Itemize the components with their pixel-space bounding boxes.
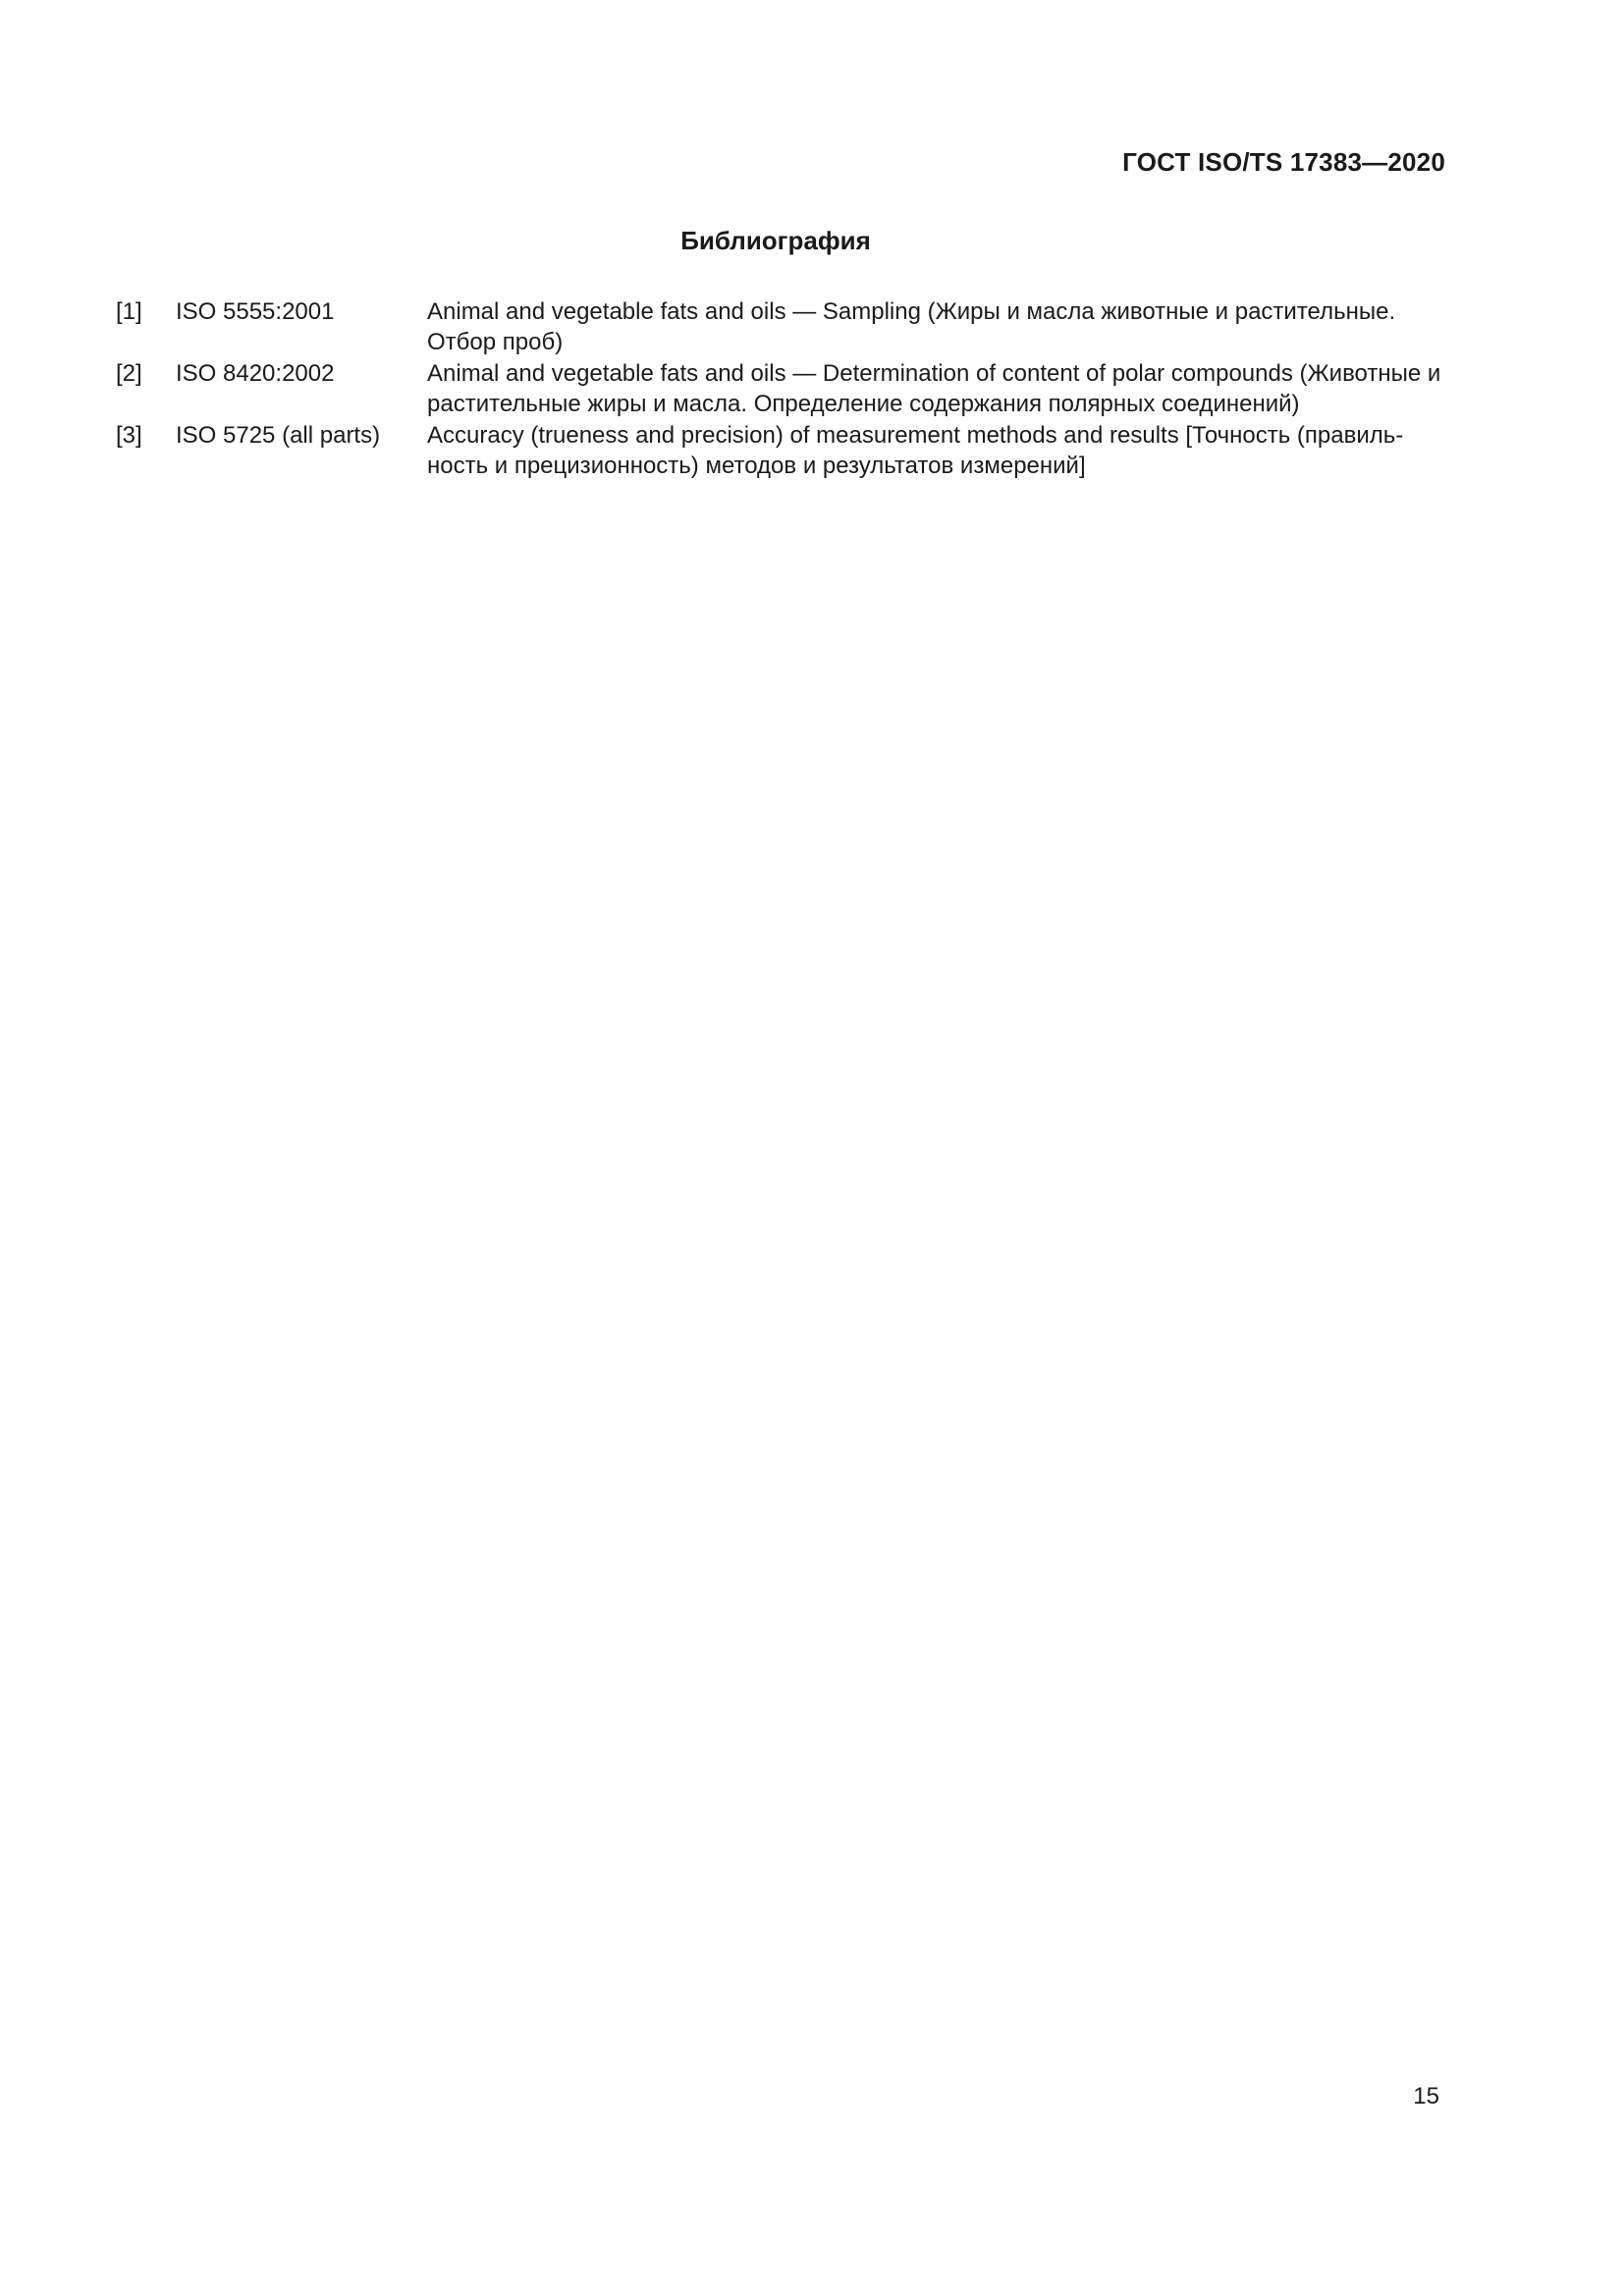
document-code: ГОСТ ISO/TS 17383—2020 [1122, 147, 1445, 178]
bibliography-entry: [3] ISO 5725 (all parts) Accuracy (truen… [116, 421, 1445, 481]
entry-number: [3] [116, 421, 176, 481]
entry-description: Animal and vegetable fats and oils — Det… [427, 359, 1445, 419]
entry-reference: ISO 5555:2001 [176, 297, 427, 357]
entry-number: [1] [116, 297, 176, 357]
entry-description: Animal and vegetable fats and oils — Sam… [427, 297, 1445, 357]
bibliography-entry: [1] ISO 5555:2001 Animal and vegetable f… [116, 297, 1445, 357]
page-number: 15 [1413, 2083, 1439, 2110]
bibliography-list: [1] ISO 5555:2001 Animal and vegetable f… [116, 297, 1445, 483]
bibliography-entry: [2] ISO 8420:2002 Animal and vegetable f… [116, 359, 1445, 419]
entry-reference: ISO 5725 (all parts) [176, 421, 427, 481]
entry-number: [2] [116, 359, 176, 419]
entry-description: Accuracy (trueness and precision) of mea… [427, 421, 1445, 481]
entry-reference: ISO 8420:2002 [176, 359, 427, 419]
section-title: Библиография [0, 226, 1551, 256]
